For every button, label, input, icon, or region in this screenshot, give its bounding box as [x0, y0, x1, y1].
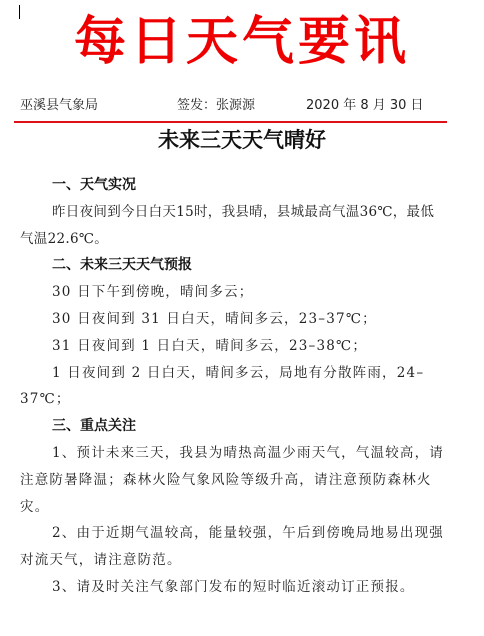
issuer: 巫溪县气象局	[20, 94, 98, 113]
signed-by: 签发：张源源	[177, 94, 255, 113]
issue-date: 2020 年 8 月 30 日	[306, 94, 424, 113]
paragraph: 3、请及时关注气象部门发布的短时临近滚动订正预报。	[20, 574, 447, 601]
paragraph: 昨日夜间到今日白天15时，我县晴，县城最高气温36℃，最低气温22.6℃。	[20, 199, 447, 253]
paragraph: 1、预计未来三天，我县为晴热高温少雨天气，气温较高，请注意防暑降温；森林火险气象…	[20, 440, 447, 520]
section-title-forecast: 二、未来三天天气预报	[20, 252, 447, 279]
document-body: 一、天气实况 昨日夜间到今日白天15时，我县晴，县城最高气温36℃，最低气温22…	[20, 172, 447, 601]
masthead-title: 每日天气要讯	[0, 10, 484, 74]
paragraph: 30 日夜间到 31 日白天，晴间多云，23–37℃；	[20, 306, 447, 333]
paragraph: 31 日夜间到 1 日白天，晴间多云，23–38℃；	[20, 333, 447, 360]
paragraph: 30 日下午到傍晚，晴间多云；	[20, 279, 447, 306]
paragraph: 2、由于近期气温较高，能量较强，午后到傍晚局地易出现强对流天气，请注意防范。	[20, 520, 447, 574]
headline: 未来三天天气晴好	[0, 126, 484, 154]
section-title-key-attention: 三、重点关注	[20, 413, 447, 440]
document-meta: 巫溪县气象局 签发：张源源 2020 年 8 月 30 日	[0, 94, 484, 114]
red-divider	[14, 121, 447, 123]
section-title-observations: 一、天气实况	[20, 172, 447, 199]
paragraph: 1 日夜间到 2 日白天，晴间多云，局地有分散阵雨，24–37℃；	[20, 360, 447, 414]
